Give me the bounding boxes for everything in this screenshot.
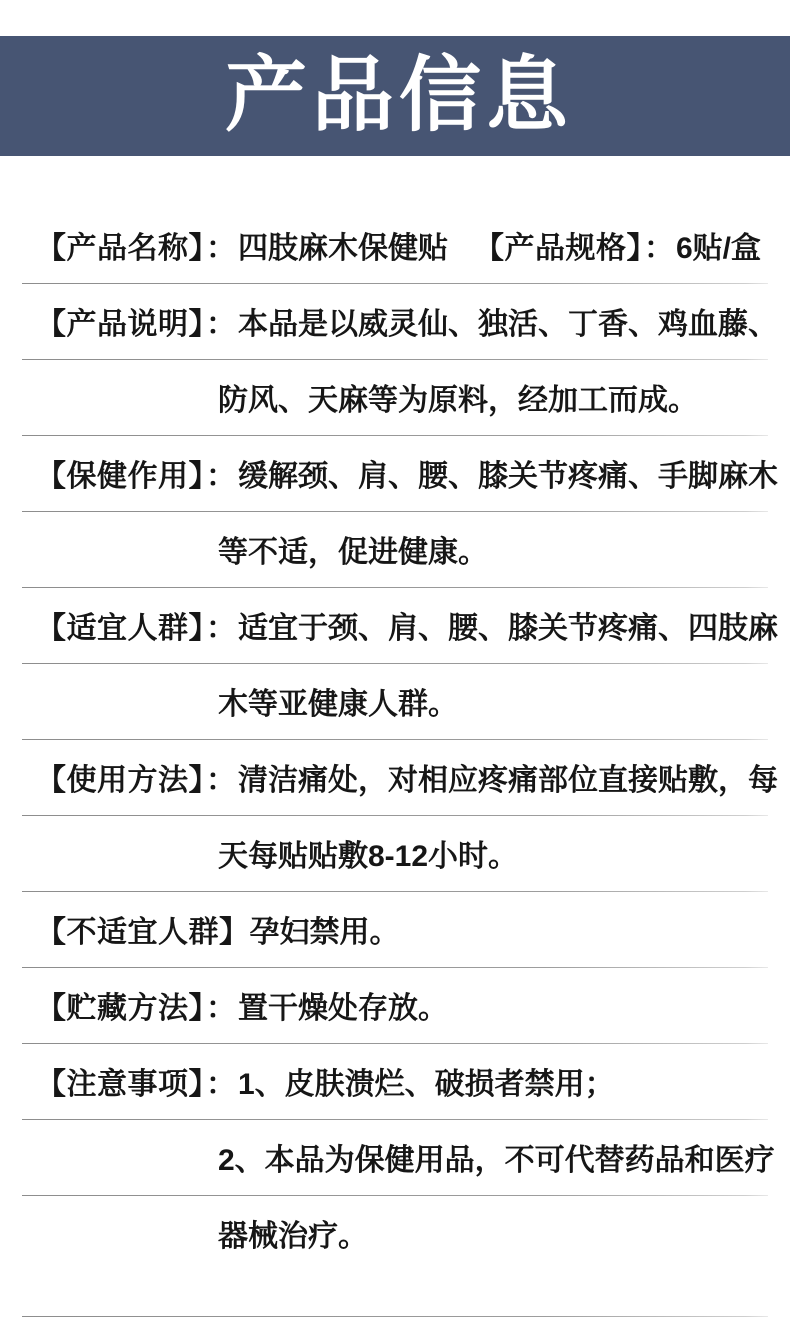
row-precautions-cont-2: 器械治疗。: [0, 1196, 790, 1316]
field-value-product-description-cont: 防风、天麻等为原料，经加工而成。: [218, 384, 698, 417]
field-value-usage-method-cont: 天每贴贴敷8-12小时。: [218, 840, 518, 873]
row-suitable-people-cont: 木等亚健康人群。: [0, 664, 790, 739]
row-usage-method: 【使用方法】：清洁痛处，对相应疼痛部位直接贴敷，每: [0, 740, 790, 815]
field-label-product-name: 【产品名称】: [36, 232, 204, 265]
field-label-unsuitable-people: 【不适宜人群】: [36, 916, 250, 949]
field-value-product-name: 四肢麻木保健贴: [238, 232, 448, 265]
field-value-storage-method: 置干燥处存放。: [238, 992, 448, 1025]
row-health-function-cont: 等不适，促进健康。: [0, 512, 790, 587]
field-colon: ：: [204, 992, 238, 1025]
field-colon: ：: [204, 612, 238, 645]
row-product-name-and-spec: 【产品名称】：四肢麻木保健贴【产品规格】：6贴/盒: [0, 156, 790, 283]
field-label-storage-method: 【贮藏方法】: [36, 992, 204, 1025]
product-info-list: 【产品名称】：四肢麻木保健贴【产品规格】：6贴/盒 【产品说明】：本品是以威灵仙…: [0, 156, 790, 1317]
field-label-product-description: 【产品说明】: [36, 308, 204, 341]
page-title: 产品信息: [217, 55, 573, 137]
row-precautions: 【注意事项】：1、皮肤溃烂、破损者禁用；: [0, 1044, 790, 1119]
field-value-health-function-cont: 等不适，促进健康。: [218, 536, 488, 569]
field-colon: ：: [204, 308, 238, 341]
field-label-usage-method: 【使用方法】: [36, 764, 204, 797]
field-value-precautions-cont-1: 2、本品为保健用品，不可代替药品和医疗: [218, 1144, 775, 1177]
field-colon: ：: [204, 1068, 238, 1101]
row-suitable-people: 【适宜人群】：适宜于颈、肩、腰、膝关节疼痛、四肢麻: [0, 588, 790, 663]
field-colon: ：: [204, 232, 238, 265]
product-info-banner: 产品信息: [0, 36, 790, 156]
field-value-suitable-people-cont: 木等亚健康人群。: [218, 688, 458, 721]
row-unsuitable-people: 【不适宜人群】孕妇禁用。: [0, 892, 790, 967]
row-divider: [22, 1316, 768, 1317]
row-health-function: 【保健作用】：缓解颈、肩、腰、膝关节疼痛、手脚麻木: [0, 436, 790, 511]
row-product-description-cont: 防风、天麻等为原料，经加工而成。: [0, 360, 790, 435]
field-colon: ：: [642, 232, 676, 265]
field-value-suitable-people: 适宜于颈、肩、腰、膝关节疼痛、四肢麻: [238, 612, 778, 645]
field-label-product-spec: 【产品规格】: [474, 232, 642, 265]
row-storage-method: 【贮藏方法】：置干燥处存放。: [0, 968, 790, 1043]
field-label-health-function: 【保健作用】: [36, 460, 204, 493]
row-precautions-cont-1: 2、本品为保健用品，不可代替药品和医疗: [0, 1120, 790, 1195]
field-value-precautions-cont-2: 器械治疗。: [218, 1220, 368, 1253]
field-value-product-description: 本品是以威灵仙、独活、丁香、鸡血藤、: [238, 308, 778, 341]
field-value-health-function: 缓解颈、肩、腰、膝关节疼痛、手脚麻木: [238, 460, 778, 493]
field-label-precautions: 【注意事项】: [36, 1068, 204, 1101]
field-value-product-spec: 6贴/盒: [676, 232, 761, 265]
row-usage-method-cont: 天每贴贴敷8-12小时。: [0, 816, 790, 891]
row-product-description: 【产品说明】：本品是以威灵仙、独活、丁香、鸡血藤、: [0, 284, 790, 359]
field-label-suitable-people: 【适宜人群】: [36, 612, 204, 645]
field-value-precautions: 1、皮肤溃烂、破损者禁用；: [238, 1068, 615, 1101]
field-value-unsuitable-people: 孕妇禁用。: [250, 916, 400, 949]
field-value-usage-method: 清洁痛处，对相应疼痛部位直接贴敷，每: [238, 764, 778, 797]
field-colon: ：: [204, 764, 238, 797]
field-colon: ：: [204, 460, 238, 493]
